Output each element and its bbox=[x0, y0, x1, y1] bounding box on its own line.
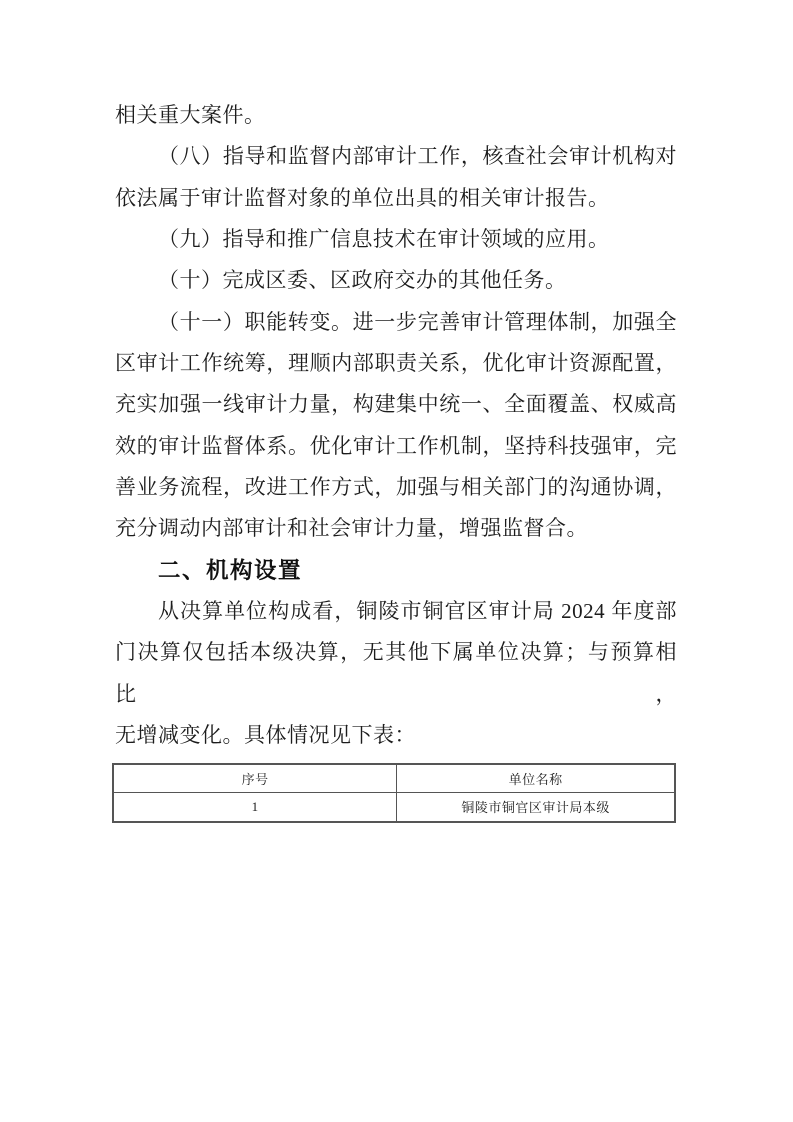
body-line: 无增减变化。具体情况见下表： bbox=[115, 715, 677, 756]
table-header-unit-name: 单位名称 bbox=[397, 764, 675, 793]
body-line: 效的审计监督体系。优化审计工作机制，坚持科技强审，完 bbox=[115, 426, 677, 467]
unit-name-cell: 铜陵市铜官区审计局本级 bbox=[397, 792, 675, 822]
body-line: （十一）职能转变。进一步完善审计管理体制，加强全 bbox=[115, 302, 677, 343]
body-line: （八）指导和监督内部审计工作，核查社会审计机构对 bbox=[115, 136, 677, 177]
document-page: 相关重大案件。 （八）指导和监督内部审计工作，核查社会审计机构对 依法属于审计监… bbox=[0, 0, 793, 1122]
body-line: 区审计工作统筹，理顺内部职责关系，优化审计资源配置， bbox=[115, 343, 677, 384]
body-line: 门决算仅包括本级决算，无其他下属单位决算；与预算相比， bbox=[115, 632, 677, 715]
body-line: （九）指导和推广信息技术在审计领域的应用。 bbox=[115, 219, 677, 260]
table-header-row: 序号 单位名称 bbox=[113, 764, 675, 793]
section-heading: 二、机构设置 bbox=[115, 550, 677, 591]
seq-cell: 1 bbox=[113, 792, 397, 822]
table-header-seq: 序号 bbox=[113, 764, 397, 793]
body-line: 从决算单位构成看，铜陵市铜官区审计局 2024 年度部 bbox=[115, 591, 677, 632]
table-row: 1 铜陵市铜官区审计局本级 bbox=[113, 792, 675, 822]
body-line: （十）完成区委、区政府交办的其他任务。 bbox=[115, 260, 677, 301]
org-units-table: 序号 单位名称 1 铜陵市铜官区审计局本级 bbox=[112, 763, 676, 823]
body-line: 善业务流程，改进工作方式，加强与相关部门的沟通协调， bbox=[115, 467, 677, 508]
document-body: 相关重大案件。 （八）指导和监督内部审计工作，核查社会审计机构对 依法属于审计监… bbox=[115, 95, 677, 823]
body-line: 充实加强一线审计力量，构建集中统一、全面覆盖、权威高 bbox=[115, 384, 677, 425]
body-line: 相关重大案件。 bbox=[115, 95, 677, 136]
body-line: 充分调动内部审计和社会审计力量，增强监督合。 bbox=[115, 508, 677, 549]
body-line: 依法属于审计监督对象的单位出具的相关审计报告。 bbox=[115, 178, 677, 219]
